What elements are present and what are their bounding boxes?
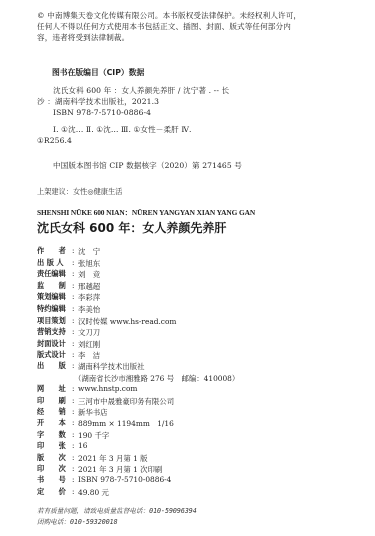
publisher-address: （湖南省长沙市湘雅路 276 号 邮编：410008） xyxy=(74,373,239,384)
credit-row: 监 制:邢越超 xyxy=(37,281,176,293)
cip-heading: 图书在版编目（CIP）数据 xyxy=(52,67,144,78)
copyright-notice: © 中南博集天卷文化传媒有限公司。本书版权受法律保护。未经权利人许可， 任何人不… xyxy=(37,10,301,43)
credit-label: 作 者 xyxy=(37,246,72,258)
credit-label: 出 版 人 xyxy=(37,258,72,270)
cip-line: ①R256.4 xyxy=(37,135,229,146)
pub-row: （湖南省长沙市湘雅路 276 号 邮编：410008） xyxy=(37,373,239,384)
credit-row: 版式设计:李 洁 xyxy=(37,350,239,361)
cip-line: ISBN 978-7-5710-0886-4 xyxy=(37,107,229,118)
price-value: 49.80 元 xyxy=(78,487,109,498)
credit-label: 营销支持 xyxy=(37,327,72,339)
contact-info: 若有质量问题，请致电质量监督电话：010-59096394 团购电话：010-5… xyxy=(37,505,197,527)
pub-row: 出 版:湖南科学技术出版社 xyxy=(37,361,239,372)
credit-value: 李彩萍 xyxy=(78,292,100,304)
credit-row: 出 版 人:张旭东 xyxy=(37,258,176,270)
pub-value: 湖南科学技术出版社 xyxy=(78,361,145,372)
credit-value: 文刀刀 xyxy=(78,327,100,339)
cip-record: 沈氏女科 600 年 ：女人养颜先养肝 / 沈宁著 . -- 长 沙 ：湖南科学… xyxy=(37,85,229,146)
credit-label: 责任编辑 xyxy=(37,269,72,281)
pub-row: 印 次:2021 年 3 月第 1 次印刷 xyxy=(37,464,239,475)
pub-value: 190 千字 xyxy=(78,430,109,441)
pub-label: 书 号 xyxy=(37,475,72,486)
pub-label: 出 版 xyxy=(37,361,72,372)
credit-label: 版式设计 xyxy=(37,350,72,361)
credit-value: 沈 宁 xyxy=(78,246,100,258)
credit-row: 特约编辑:李美怡 xyxy=(37,304,176,316)
pub-label: 定 价 xyxy=(37,487,72,498)
credit-value: 汉时传媒 www.hs-read.com xyxy=(78,316,176,328)
cip-verification-number: 中国版本图书馆 CIP 数据核字（2020）第 271465 号 xyxy=(53,160,242,171)
credit-row: 营销支持:文刀刀 xyxy=(37,327,176,339)
pub-row: 印 刷:三河市中晟雅豪印务有限公司 xyxy=(37,396,239,407)
pub-row: 版 次:2021 年 3 月第 1 版 xyxy=(37,453,239,464)
pub-value: 2021 年 3 月第 1 版 xyxy=(78,453,148,464)
credit-row: 责任编辑:刘 竞 xyxy=(37,269,176,281)
pinyin-title: SHENSHI NŪKE 600 NIAN：NŪREN YANGYAN XIAN… xyxy=(37,207,255,218)
publication-info: 版式设计:李 洁 出 版:湖南科学技术出版社 （湖南省长沙市湘雅路 276 号 … xyxy=(37,350,239,498)
credit-value: 刘红刚 xyxy=(78,339,100,351)
isbn-value: ISBN 978-7-5710-0886-4 xyxy=(78,475,171,486)
credits-list: 作 者:沈 宁 出 版 人:张旭东 责任编辑:刘 竞 监 制:邢越超 策划编辑:… xyxy=(37,246,176,350)
cip-line: Ⅰ. ①沈… Ⅱ. ①沈… Ⅲ. ①女性－柔肝 Ⅳ. xyxy=(37,124,229,135)
copyright-line: 容，违者将受到法律制裁。 xyxy=(37,32,301,43)
pub-row: 印 张:16 xyxy=(37,441,239,452)
pub-value: 889mm × 1194mm 1/16 xyxy=(78,418,174,429)
copyright-line: 任何人不得以任何方式使用本书包括正文、插图、封面、版式等任何部分内 xyxy=(37,21,301,32)
pub-value: 新华书店 xyxy=(78,407,108,418)
pub-label: 印 次 xyxy=(37,464,72,475)
pub-label: 印 刷 xyxy=(37,396,72,407)
credit-label: 项目策划 xyxy=(37,316,72,328)
pub-row: 经 销:新华书店 xyxy=(37,407,239,418)
pub-label: 字 数 xyxy=(37,430,72,441)
pub-value: 三河市中晟雅豪印务有限公司 xyxy=(78,396,174,407)
shelf-suggestion: 上架建议：女性◎健康生活 xyxy=(37,187,122,197)
pub-row: 字 数:190 千字 xyxy=(37,430,239,441)
credit-value: 刘 竞 xyxy=(78,269,100,281)
pub-row: 定 价:49.80 元 xyxy=(37,487,239,498)
website-link[interactable]: www.hnstp.com xyxy=(78,384,137,395)
credit-value: 邢越超 xyxy=(78,281,100,293)
pub-value: 16 xyxy=(78,441,87,452)
credit-label: 策划编辑 xyxy=(37,292,72,304)
copyright-line: © 中南博集天卷文化传媒有限公司。本书版权受法律保护。未经权利人许可， xyxy=(37,10,301,21)
pub-label: 开 本 xyxy=(37,418,72,429)
pub-row: 网 址:www.hnstp.com xyxy=(37,384,239,395)
copyright-page: © 中南博集天卷文化传媒有限公司。本书版权受法律保护。未经权利人许可， 任何人不… xyxy=(0,0,375,536)
book-title: 沈氏女科 600 年：女人养颜先养肝 xyxy=(37,219,226,236)
pub-row: 书 号:ISBN 978-7-5710-0886-4 xyxy=(37,475,239,486)
credit-row: 策划编辑:李彩萍 xyxy=(37,292,176,304)
credit-row: 封面设计:刘红刚 xyxy=(37,339,176,351)
credit-row: 项目策划:汉时传媒 www.hs-read.com xyxy=(37,316,176,328)
pub-label: 网 址 xyxy=(37,384,72,395)
cip-line: 沈氏女科 600 年 ：女人养颜先养肝 / 沈宁著 . -- 长 xyxy=(37,85,229,96)
credit-label: 特约编辑 xyxy=(37,304,72,316)
credit-value: 李 洁 xyxy=(78,350,100,361)
credit-label: 封面设计 xyxy=(37,339,72,351)
credit-value: 张旭东 xyxy=(78,258,100,270)
pub-value: 2021 年 3 月第 1 次印刷 xyxy=(78,464,162,475)
pub-row: 开 本:889mm × 1194mm 1/16 xyxy=(37,418,239,429)
group-purchase-phone: 团购电话：010-59320018 xyxy=(37,516,197,527)
pub-label: 版 次 xyxy=(37,453,72,464)
quality-hotline: 若有质量问题，请致电质量监督电话：010-59096394 xyxy=(37,505,197,516)
cip-line: 沙 ：湖南科学技术出版社，2021.3 xyxy=(37,96,229,107)
pub-label: 印 张 xyxy=(37,441,72,452)
credit-value: 李美怡 xyxy=(78,304,100,316)
pub-label: 经 销 xyxy=(37,407,72,418)
credit-row: 作 者:沈 宁 xyxy=(37,246,176,258)
credit-label: 监 制 xyxy=(37,281,72,293)
